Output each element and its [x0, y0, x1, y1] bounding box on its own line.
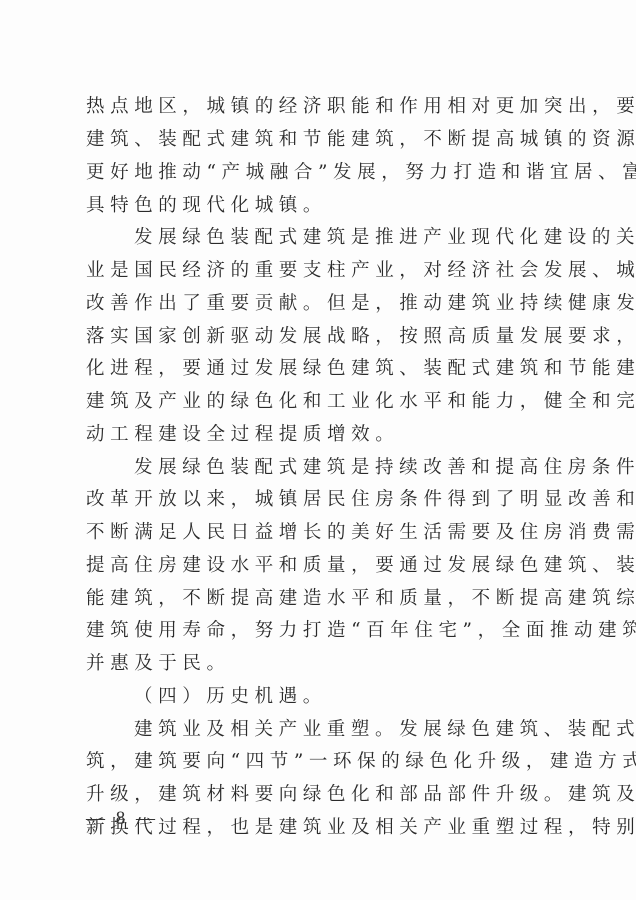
- text-line: 建筑使用寿命，努力打造“百年住宅”，全面推动建筑的绿色化发展: [86, 618, 556, 644]
- paragraph-first-line: 建筑业及相关产业重塑。发展绿色建筑、装配式建筑和节能建: [134, 717, 556, 743]
- text-line: 化进程，要通过发展绿色建筑、装配式建筑和节能建筑，加快提高: [86, 356, 556, 382]
- text-line: 具特色的现代化城镇。: [86, 193, 556, 219]
- paragraph-first-line: 发展绿色装配式建筑是推进产业现代化建设的关键抓手。建筑: [134, 225, 556, 251]
- text-line: 筑，建筑要向“四节”一环保的绿色化升级，建造方式要向工业化: [86, 749, 556, 775]
- text-line: 并惠及于民。: [86, 651, 556, 677]
- text-line: 升级，建筑材料要向绿色化和部品部件升级。建筑及配套产品的更: [86, 782, 556, 808]
- text-line: 业是国民经济的重要支柱产业，对经济社会发展、城乡建设和民生: [86, 258, 556, 284]
- text-line: 落实国家创新驱动发展战略，按照高质量发展要求，加快产业现代: [86, 324, 556, 350]
- text-line: 建筑、装配式建筑和节能建筑，不断提高城镇的资源环境承载能力，: [86, 127, 556, 153]
- text-line: 改善作出了重要贡献。但是，推动建筑业持续健康发展，必须贯彻: [86, 291, 556, 317]
- paragraph-first-line: 发展绿色装配式建筑是持续改善和提高住房条件的必经之路。: [134, 455, 556, 481]
- paragraph-first-line: （四）历史机遇。: [134, 684, 556, 710]
- text-line: 提高住房建设水平和质量，要通过发展绿色建筑、装配式建筑和节: [86, 553, 556, 579]
- text-line: 建筑及产业的绿色化和工业化水平和能力，健全和完善产业链，推: [86, 389, 556, 415]
- document-page: 热点地区，城镇的经济职能和作用相对更加突出，要通过发展绿色建筑、装配式建筑和节能…: [0, 0, 636, 900]
- page-number: — 8 —: [86, 808, 158, 830]
- text-line: 热点地区，城镇的经济职能和作用相对更加突出，要通过发展绿色: [86, 94, 556, 120]
- text-line: 改革开放以来，城镇居民住房条件得到了明显改善和提高。但是，: [86, 487, 556, 513]
- text-line: 更好地推动“产城融合”发展，努力打造和谐宜居、富有活力、各: [86, 160, 556, 186]
- text-line: 动工程建设全过程提质增效。: [86, 422, 556, 448]
- text-line: 能建筑，不断提高建造水平和质量，不断提高建筑综合性能，延长: [86, 586, 556, 612]
- text-line: 不断满足人民日益增长的美好生活需要及住房消费需求，需要不断: [86, 520, 556, 546]
